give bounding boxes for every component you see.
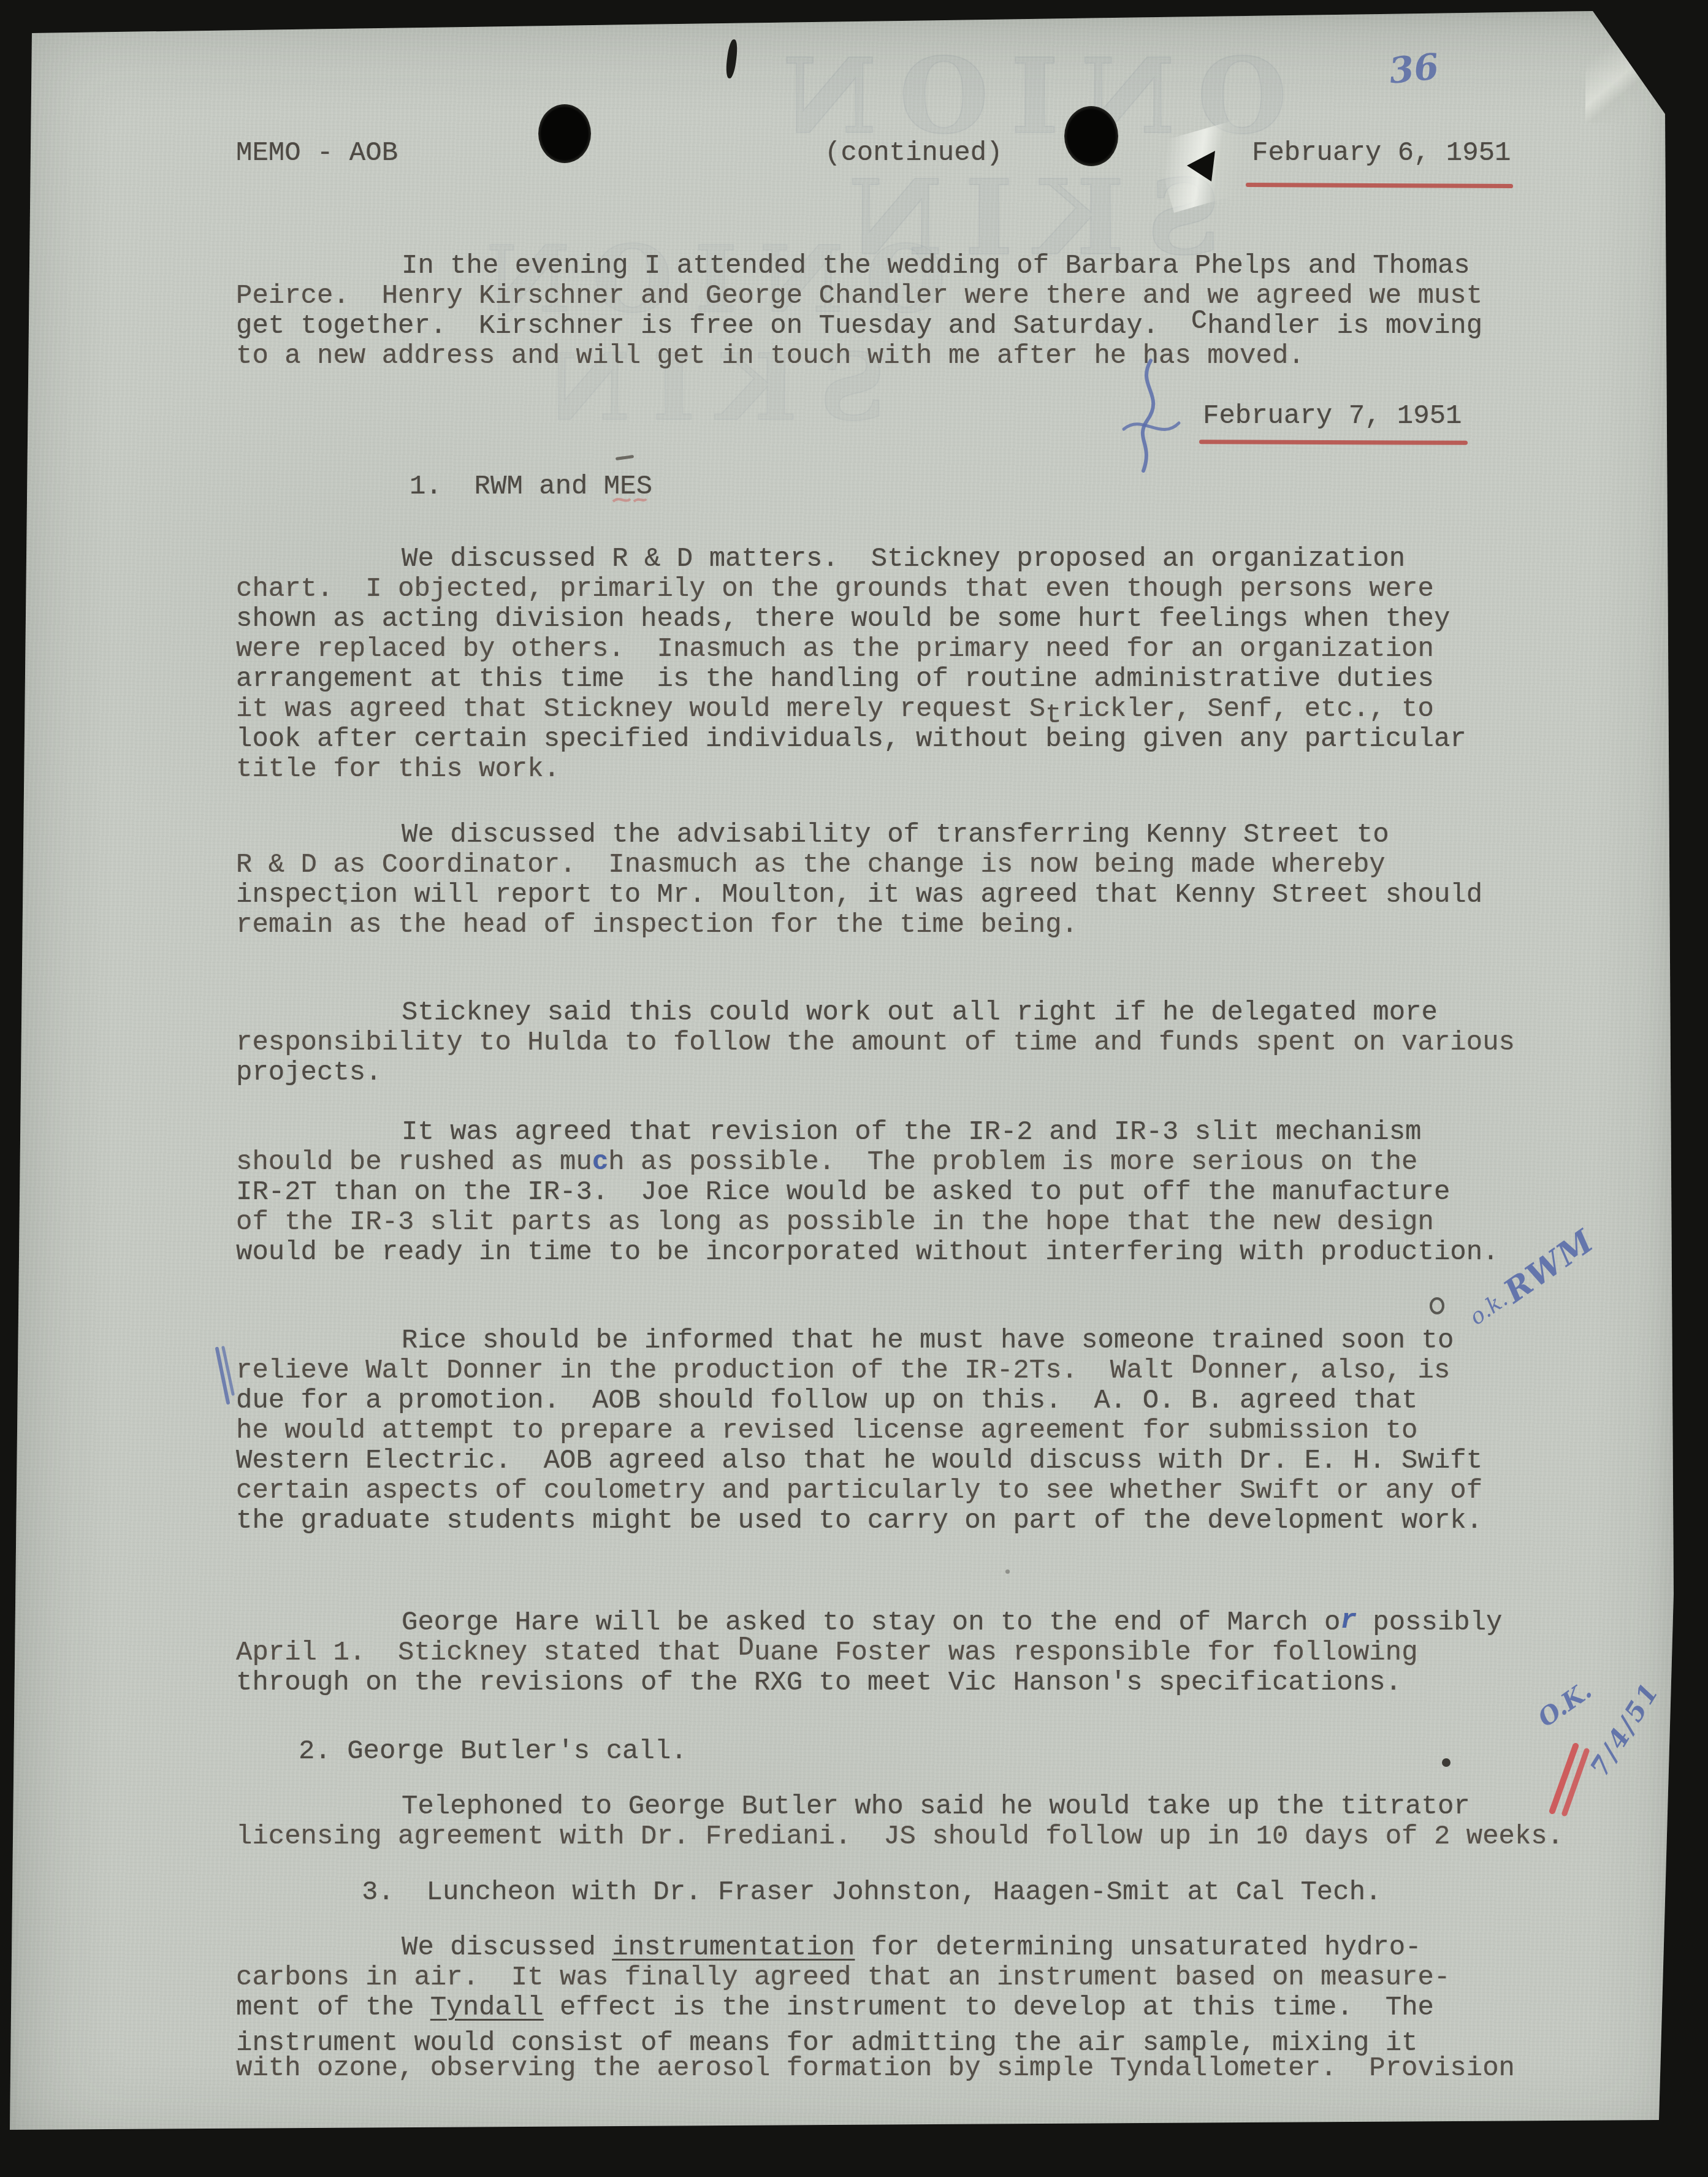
typed-line: certain aspects of coulometry and partic… bbox=[236, 1476, 1482, 1506]
typed-line: It was agreed that revision of the IR-2 … bbox=[236, 1118, 1499, 1148]
typed-line: arrangement at this time is the handling… bbox=[236, 665, 1466, 695]
typed-line: licensing agreement with Dr. Frediani. J… bbox=[236, 1822, 1563, 1852]
paragraph-tyndall-1: We discussed instrumentation for determi… bbox=[236, 1933, 1450, 2023]
typed-line: IR-2T than on the IR-3. Joe Rice would b… bbox=[236, 1178, 1499, 1208]
handwritten-ok-bottom-date: 7/4/51 bbox=[1584, 1676, 1665, 1781]
typed-line: ment of the Tyndall effect is the instru… bbox=[236, 1993, 1450, 2023]
paragraph-kenny-street: We discussed the advisability of transfe… bbox=[236, 820, 1482, 940]
typed-line: shown as acting division heads, there wo… bbox=[236, 604, 1466, 635]
punch-hole-left bbox=[538, 104, 591, 163]
blue-squiggle-mark bbox=[1113, 357, 1192, 479]
scanned-memo-page: { "document": { "header": { "left": "MEM… bbox=[0, 0, 1708, 2177]
typed-line: Rice should be informed that he must hav… bbox=[236, 1326, 1482, 1356]
stray-typed-o bbox=[1430, 1297, 1444, 1314]
typed-line: George Hare will be asked to stay on to … bbox=[236, 1608, 1503, 1638]
stray-typed-dash bbox=[616, 455, 634, 460]
date-february-7: February 7, 1951 bbox=[1203, 402, 1462, 432]
red-underline-date2 bbox=[1199, 440, 1468, 445]
typed-line: We discussed R & D matters. Stickney pro… bbox=[236, 544, 1466, 574]
typed-line: In the evening I attended the wedding of… bbox=[236, 251, 1482, 281]
typed-line: were replaced by others. Inasmuch as the… bbox=[236, 635, 1466, 665]
typed-line: carbons in air. It was finally agreed th… bbox=[236, 1963, 1450, 1993]
paragraph-wedding: In the evening I attended the wedding of… bbox=[236, 251, 1482, 372]
dust-speck bbox=[343, 901, 347, 905]
red-underline-date1 bbox=[1246, 183, 1513, 188]
typed-line: February 7, 1951 bbox=[1203, 402, 1462, 432]
typed-line: the graduate students might be used to c… bbox=[236, 1506, 1482, 1536]
typed-line: 3. Luncheon with Dr. Fraser Johnston, Ha… bbox=[362, 1878, 1381, 1908]
typed-line: title for this work. bbox=[236, 755, 1466, 785]
punch-hole-right bbox=[1064, 106, 1118, 166]
paper-tear-top bbox=[725, 39, 739, 78]
paragraph-rice-donner: Rice should be informed that he must hav… bbox=[236, 1326, 1482, 1536]
typed-line: 2. George Butler's call. bbox=[299, 1737, 687, 1767]
handwritten-rwm-initials: RWM bbox=[1497, 1222, 1601, 1310]
heading-3-luncheon: 3. Luncheon with Dr. Fraser Johnston, Ha… bbox=[362, 1878, 1381, 1908]
typed-line: Peirce. Henry Kirschner and George Chand… bbox=[236, 281, 1482, 311]
red-double-slash bbox=[1544, 1742, 1593, 1816]
typed-line: inspection will report to Mr. Moulton, i… bbox=[236, 880, 1482, 910]
typed-line: of the IR-3 slit parts as long as possib… bbox=[236, 1208, 1499, 1238]
typed-line: projects. bbox=[236, 1058, 1515, 1088]
handwritten-ok-small-text: o.k. bbox=[1465, 1286, 1512, 1330]
typed-line: due for a promotion. AOB should follow u… bbox=[236, 1386, 1482, 1416]
ink-speck bbox=[1442, 1758, 1451, 1767]
typed-line: with ozone, observing the aerosol format… bbox=[236, 2056, 1515, 2081]
typed-line: We discussed instrumentation for determi… bbox=[236, 1933, 1450, 1963]
memo-header-continued: (continued) bbox=[825, 139, 1002, 169]
typed-line: he would attempt to prepare a revised li… bbox=[236, 1416, 1482, 1446]
typed-line: Stickney said this could work out all ri… bbox=[236, 998, 1515, 1028]
handwritten-page-number: 36 bbox=[1387, 45, 1441, 92]
paragraph-george-hare: George Hare will be asked to stay on to … bbox=[236, 1608, 1503, 1698]
dust-speck bbox=[1005, 1569, 1010, 1574]
typed-line: We discussed the advisability of transfe… bbox=[236, 820, 1482, 850]
typed-line: remain as the head of inspection for the… bbox=[236, 910, 1482, 940]
handwritten-ok-bottom: O.K. bbox=[1533, 1676, 1597, 1733]
heading-2-george-butler: 2. George Butler's call. bbox=[299, 1737, 687, 1767]
memo-header-date: February 6, 1951 bbox=[1252, 139, 1511, 169]
blue-margin-tick bbox=[211, 1346, 235, 1408]
typed-line: would be ready in time to be incorporate… bbox=[236, 1238, 1499, 1268]
paragraph-stickney-hulda: Stickney said this could work out all ri… bbox=[236, 998, 1515, 1088]
typed-line: April 1. Stickney stated that Duane Fost… bbox=[236, 1638, 1503, 1668]
memo-header-left: MEMO - AOB bbox=[236, 139, 398, 169]
typed-line: should be rushed as much as possible. Th… bbox=[236, 1148, 1499, 1178]
typed-line: relieve Walt Donner in the production of… bbox=[236, 1356, 1482, 1386]
paragraph-rd-matters: We discussed R & D matters. Stickney pro… bbox=[236, 544, 1466, 785]
typed-line: R & D as Coordinator. Inasmuch as the ch… bbox=[236, 850, 1482, 880]
typed-line: chart. I objected, primarily on the grou… bbox=[236, 574, 1466, 604]
paragraph-tyndall-2: instrument would consist of means for ad… bbox=[236, 2031, 1515, 2081]
typed-line: through on the revisions of the RXG to m… bbox=[236, 1668, 1503, 1698]
folded-corner-highlight bbox=[1585, 6, 1676, 123]
paper-sheet: ONION SKIN ONION SKIN MEMO - AOB (contin… bbox=[0, 0, 1708, 2177]
red-mark-under-mes bbox=[611, 494, 647, 508]
torn-triangle-hole bbox=[1186, 150, 1218, 183]
typed-line: Telephoned to George Butler who said he … bbox=[236, 1792, 1563, 1822]
typed-line: it was agreed that Stickney would merely… bbox=[236, 695, 1466, 725]
typed-line: get together. Kirschner is free on Tuesd… bbox=[236, 311, 1482, 341]
paragraph-titrator: Telephoned to George Butler who said he … bbox=[236, 1792, 1563, 1852]
typed-line: instrument would consist of means for ad… bbox=[236, 2031, 1515, 2056]
paragraph-slit-mechanism: It was agreed that revision of the IR-2 … bbox=[236, 1118, 1499, 1268]
typed-line: to a new address and will get in touch w… bbox=[236, 341, 1482, 372]
typed-line: Western Electric. AOB agreed also that h… bbox=[236, 1446, 1482, 1476]
typed-line: look after certain specified individuals… bbox=[236, 725, 1466, 755]
typed-line: responsibility to Hulda to follow the am… bbox=[236, 1028, 1515, 1058]
